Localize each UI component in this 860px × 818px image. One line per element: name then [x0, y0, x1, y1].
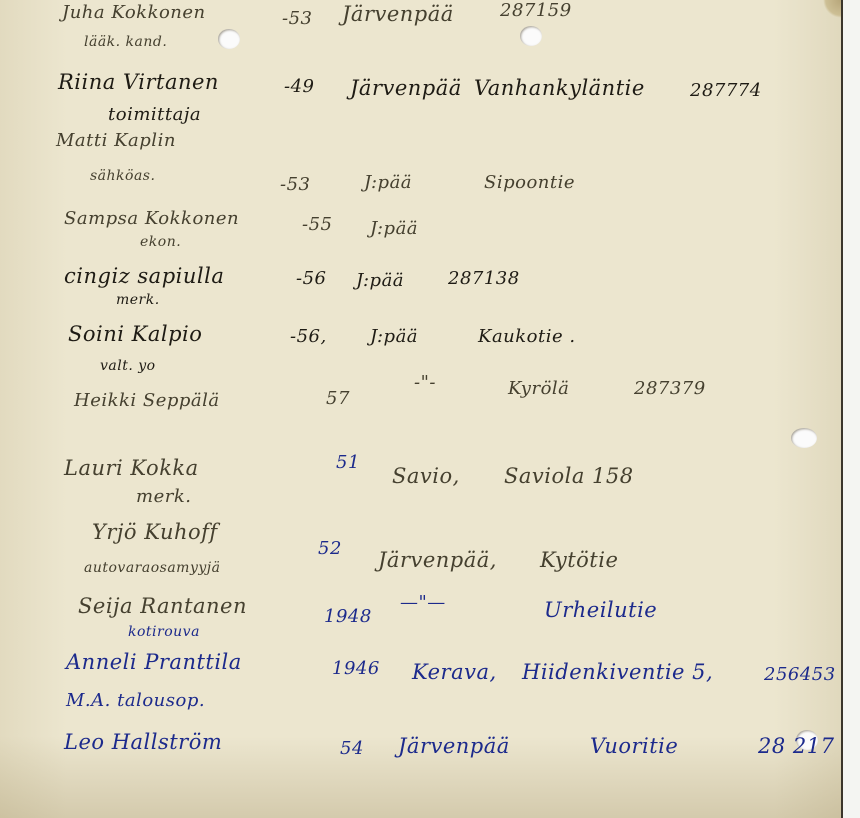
entry-place: Järvenpää,	[378, 548, 497, 572]
entry-place: Järvenpää	[342, 2, 454, 26]
entry-name: Anneli Pranttila	[66, 650, 242, 674]
entry-address: Saviola 158	[504, 464, 634, 488]
entry-name: Juha Kokkonen	[62, 2, 206, 23]
entry-name: Yrjö Kuhoff	[92, 520, 218, 544]
entry-address: Sipoontie	[484, 172, 575, 193]
entry-place: J:pää	[356, 270, 404, 291]
entry-place: Järvenpää	[350, 76, 462, 100]
entry-name: Leo Hallström	[64, 730, 222, 754]
entry-year: 1946	[332, 658, 380, 679]
entry-year: 51	[336, 452, 360, 473]
entry-place: Järvenpää	[398, 734, 510, 758]
entry-address: Vuoritie	[590, 734, 678, 758]
entry-name: Riina Virtanen	[58, 70, 219, 94]
entry-title: valt. yo	[100, 358, 156, 374]
entry-title: kotirouva	[128, 624, 200, 640]
entry-place: J:pää	[370, 218, 418, 239]
entry-name: Soini Kalpio	[68, 322, 202, 346]
entry-address: Kytötie	[540, 548, 618, 572]
entry-address: Kaukotie .	[478, 326, 576, 347]
entry-place: J:pää	[364, 172, 412, 193]
entry-address: Hiidenkiventie 5,	[522, 660, 713, 684]
entry-place: -"-	[414, 372, 436, 393]
entry-title: ekon.	[140, 234, 181, 250]
entry-title: autovaraosamyyjä	[84, 560, 220, 576]
entry-phone: 287379	[634, 378, 706, 399]
punch-hole	[218, 29, 240, 49]
entry-title: merk.	[116, 292, 160, 308]
punch-hole	[520, 26, 542, 46]
entry-place: Kerava,	[412, 660, 497, 684]
entry-phone: 287138	[448, 268, 520, 289]
entry-phone: 28 217	[758, 734, 834, 758]
entry-place: Savio,	[392, 464, 460, 488]
entry-name: Seija Rantanen	[78, 594, 247, 618]
entry-year: 54	[340, 738, 364, 759]
entry-address: Kyrölä	[508, 378, 569, 399]
entry-year: 52	[318, 538, 342, 559]
punch-hole	[791, 428, 817, 448]
entry-title: M.A. talousop.	[66, 690, 205, 711]
entry-year: -55	[302, 214, 333, 235]
entry-year: 1948	[324, 606, 372, 627]
entry-name: Heikki Seppälä	[74, 390, 220, 411]
entry-title: sähköas.	[90, 168, 155, 184]
entry-name: Matti Kaplin	[56, 130, 176, 151]
folded-corner	[823, 0, 841, 18]
document-page: Juha Kokkonen lääk. kand. -53 Järvenpää …	[0, 0, 843, 818]
entry-year: -53	[282, 8, 313, 29]
entry-title: merk.	[136, 486, 191, 507]
entry-year: -56	[296, 268, 327, 289]
entry-title: toimittaja	[108, 104, 201, 125]
entry-phone: 287159	[500, 0, 572, 21]
entry-phone: 287774	[690, 80, 762, 101]
entry-year: -49	[284, 76, 315, 97]
entry-title: lääk. kand.	[84, 34, 167, 50]
entry-address: Urheilutie	[544, 598, 657, 622]
entry-place: —"—	[400, 592, 446, 613]
entry-name: cingiz sapiulla	[64, 264, 224, 288]
entry-year: -56,	[290, 326, 327, 347]
entry-name: Sampsa Kokkonen	[64, 208, 239, 229]
entry-phone: 256453	[764, 664, 836, 685]
entry-address: Vanhankyläntie	[474, 76, 645, 100]
entry-year: -53	[280, 174, 311, 195]
entry-name: Lauri Kokka	[64, 456, 199, 480]
entry-year: 57	[326, 388, 350, 409]
entry-place: J:pää	[370, 326, 418, 347]
